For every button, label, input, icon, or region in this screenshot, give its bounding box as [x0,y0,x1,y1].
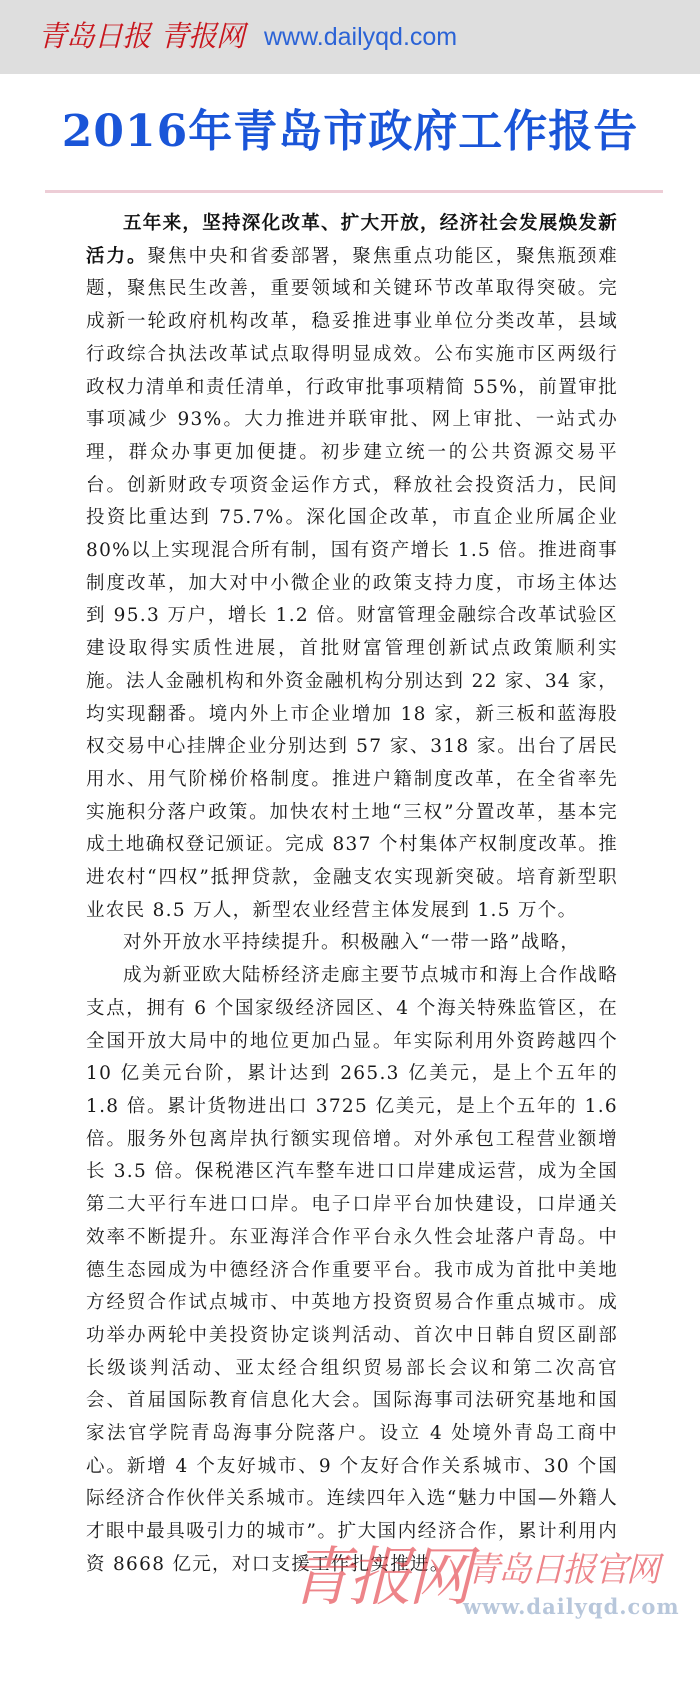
paragraph-text: 成为新亚欧大陆桥经济走廊主要节点城市和海上合作战略支点，拥有 6 个国家级经济园… [86,965,618,1575]
paragraph-text: 聚焦中央和省委部署，聚焦重点功能区，聚焦瓶颈难题，聚焦民生改善，重要领域和关键环… [86,246,618,921]
logo-qingdao-daily: 青岛日报 [38,19,150,53]
logo-qingbao-net: 青报网 [160,19,244,53]
page-title: 2016年青岛市政府工作报告 [0,102,700,162]
title-divider [45,190,663,193]
paragraph-opening-up-cont: 成为新亚欧大陆桥经济走廊主要节点城市和海上合作战略支点，拥有 6 个国家级经济园… [86,960,618,1581]
masthead: 青岛日报青报网 www.dailyqd.com [0,0,700,74]
paragraph-text: 对外开放水平持续提升。积极融入“一带一路”战略， [123,932,580,953]
site-url-link[interactable]: www.dailyqd.com [264,22,457,52]
article-body: 五年来，坚持深化改革、扩大开放，经济社会发展焕发新活力。聚焦中央和省委部署，聚焦… [86,208,618,1582]
newspaper-logo[interactable]: 青岛日报青报网 [38,16,244,56]
paragraph-reform: 五年来，坚持深化改革、扩大开放，经济社会发展焕发新活力。聚焦中央和省委部署，聚焦… [86,208,618,927]
watermark-url: www.dailyqd.com [463,1594,680,1620]
paragraph-opening-up: 对外开放水平持续提升。积极融入“一带一路”战略， [86,927,618,960]
